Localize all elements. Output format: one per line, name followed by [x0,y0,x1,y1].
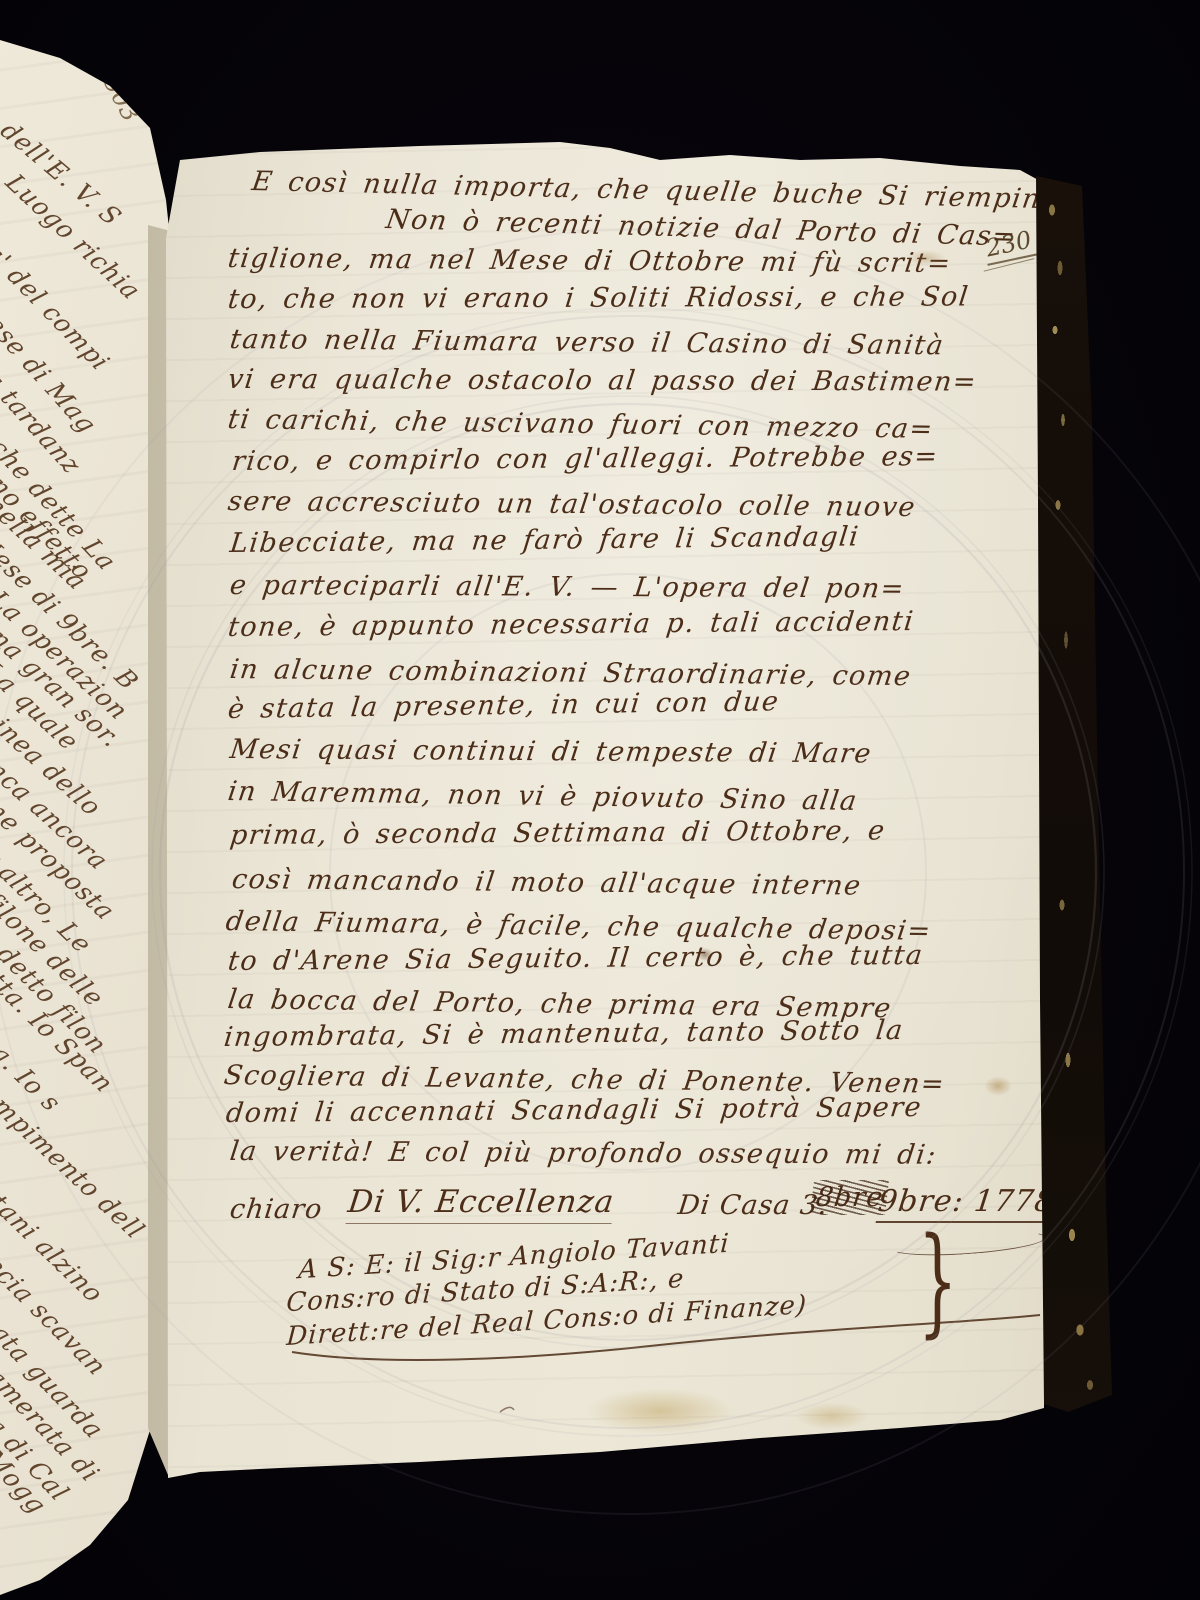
left-page-text-fragment: me proposta [0,792,120,924]
left-page-text-fragment: anca ancora [0,746,113,874]
left-page-text-fragment: e La operazion [0,570,133,724]
manuscript-line: così mancando il moto all'acque interne [230,864,864,903]
left-page-text-fragment: Mese di Mag [0,292,101,437]
left-page-text-fragment: atta. Io Span [0,958,118,1096]
left-page-text-fragment: La quale [0,658,84,754]
left-page-text-fragment: lla di Cal [0,1400,74,1505]
manuscript-line: domi li accennati Scandagli Si potrà Sap… [224,1092,924,1130]
address-brace: } [918,1222,957,1340]
left-page-text-fragment: Camerata di [0,1350,104,1486]
manuscript-line: tiglione, ma nel Mese di Ottobre mi fù s… [226,243,954,280]
manuscript-line: tone, è appunto necessaria p. tali accid… [226,606,916,644]
address-block: A S: E: il Sig:r Angiolo Tavanti Cons:ro… [286,1236,1046,1356]
manuscript-line: Libecciate, ma ne farò fare li Scandagli [228,521,861,560]
manuscript-line: in Maremma, non vi è piovuto Sino alla [226,776,860,818]
left-page-text-fragment: tta. Io s [0,1026,66,1116]
closing-word: chiaro [228,1194,324,1225]
left-page-text-fragment: ià detto filon [0,918,112,1058]
manuscript-line: in alcune combinazioni Straordinarie, co… [228,654,914,693]
manuscript-line: sere accresciuto un tal'ostacolo colle n… [226,486,918,524]
left-page-text-fragment: dell'E. V. S [0,118,126,230]
manuscript-line: Mesi quasi continui di tempeste di Mare [228,734,874,771]
left-page-text-fragment: o, che dette La [0,410,121,574]
manuscript-line: ti carichi, che uscivano fuori con mezzo… [226,404,936,446]
manuscript-line: ingombrata, Si è mantenuta, tanto Sotto … [222,1015,905,1055]
left-page-text-fragment: becia scavan [0,1240,111,1379]
left-page-text-fragment: Mogg [0,1446,51,1518]
manuscript-line: della Fiumara, è facile, che qualche dep… [224,906,934,948]
left-page-text-fragment: Mese di 9bre. B [0,528,143,694]
left-page-text-fragment: compimento dell [0,1072,149,1243]
manuscript-line: rico, e compirlo con gl'alleggi. Potrebb… [230,441,940,478]
left-page-text-fragment: ta' del compi [0,232,114,374]
left-page-text-fragment: Luogo richia [1,170,146,304]
manuscript-photo: 303 dell'E. V. S Luogo richia ta' del co… [0,0,1200,1600]
manuscript-line: è stata la presente, in cui con due [226,686,781,726]
manuscript-line: tanto nella Fiumara verso il Casino di S… [228,324,946,363]
left-page-text-fragment: una gran sor. [0,614,126,751]
left-page-text-fragment: l filone delle [0,876,109,1011]
manuscript-line: to, che non vi erano i Soliti Ridossi, e… [226,281,971,316]
address-line: Cons:ro di Stato di S:A:R:, e [285,1264,685,1319]
closing-date: 9bre: 1778: [876,1184,1068,1223]
manuscript-line: prima, ò seconda Settimana di Ottobre, e [228,815,887,852]
left-page-text-fragment: etani alzino [0,1180,108,1307]
left-page-text-fragment: nella mia [0,492,92,594]
left-page-text-fragment: ieno effetto [0,455,97,584]
left-page-text-fragment: Linea dello [0,702,106,820]
address-line: Dirett:re del Real Cons:o di Finanze) [286,1290,808,1352]
folio-number: 230 [981,225,1036,266]
left-page-text-fragment: erata guarda [0,1300,109,1442]
manuscript-line: e parteciparli all'E. V. — L'opera del p… [228,570,907,606]
manuscript-line: la bocca del Porto, che prima era Sempre [226,984,894,1026]
closing-line: chiaro Di V. Eccellenza Di Casa 3. 8bre … [230,1180,1042,1252]
manuscript-line: Non ò recenti notizie dal Porto di Cas= [384,204,1019,254]
closing-salutation: Di V. Eccellenza [346,1184,617,1224]
manuscript-line: E così nulla importa, che quelle buche S… [250,166,1071,217]
left-page-number: 303 [98,71,146,127]
manuscript-line: la verità! E col più profondo ossequio m… [228,1136,939,1172]
address-line: A S: E: il Sig:r Angiolo Tavanti [297,1229,730,1286]
date-underline-flourish [889,1227,1046,1260]
closing-rule-flourish [0,0,1200,1600]
left-page-text-fragment: er altro, Le [0,834,97,957]
struck-out-word: 8bre [814,1182,885,1213]
manuscript-line: vi era qualche ostacolo al passo dei Bas… [226,364,979,399]
closing-place-date: Di Casa 3. [676,1190,830,1221]
right-page: 230 E così nulla importa, che quelle buc… [0,0,1200,1600]
left-page-text-fragment: La tardanz [0,354,86,478]
manuscript-line: to d'Arene Sia Seguito. Il certo è, che … [226,940,925,978]
manuscript-line: Scogliera di Levante, che di Ponente. Ve… [222,1060,947,1101]
